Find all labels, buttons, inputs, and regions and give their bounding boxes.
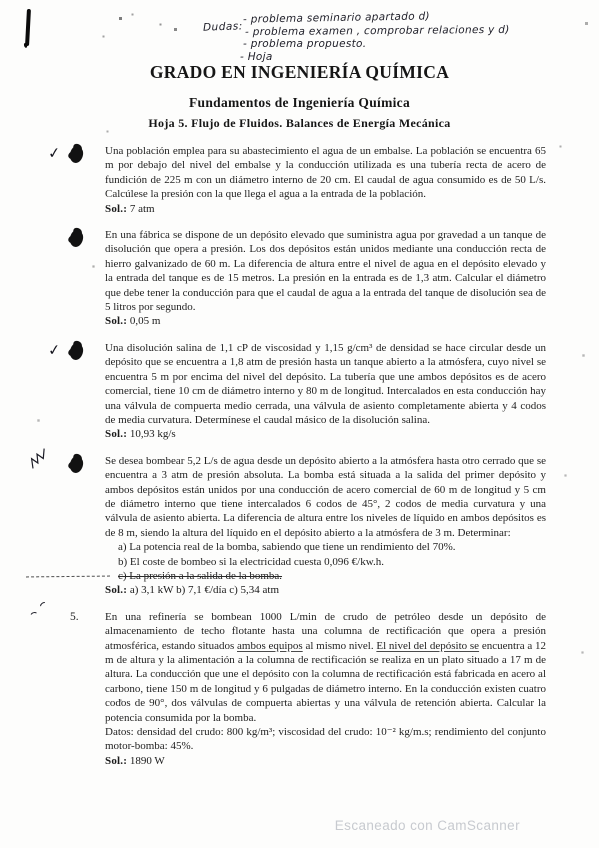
scribbled-number-icon [69,455,84,474]
margin-tick-icon [38,600,51,613]
solution-value: 0,05 m [127,315,160,327]
scribbled-number-icon [69,229,84,248]
problem: ✓Una población emplea para su abastecimi… [0,144,599,216]
solution-line: Sol.: a) 3,1 kW b) 7,1 €/día c) 5,34 atm [105,583,546,597]
problem-subitem: b) El coste de bombeo si la electricidad… [118,555,546,569]
problem-body: En una fábrica se dispone de un depósito… [105,228,546,329]
handwritten-note-label: Dudas: [203,20,243,34]
solution-line: Sol.: 10,93 kg/s [105,427,546,441]
solution-label: Sol.: [105,315,127,327]
problem-number: 5. [70,611,79,623]
page-subtitle: Fundamentos de Ingeniería Química [0,95,599,111]
scan-specks [0,0,1,1]
problem-text: En una fábrica se dispone de un depósito… [105,228,546,314]
problem: ✓Una disolución salina de 1,1 cP de visc… [0,341,599,442]
problem-subitem: c) La presión a la salida de la bomba. [118,569,546,583]
solution-label: Sol.: [105,428,127,440]
problem-marker-area: ✓ [0,341,105,442]
solution-value: 1890 W [127,755,165,767]
underlined-phrase: El nivel del depósito se [376,640,479,652]
problems: ✓Una población emplea para su abastecimi… [0,144,599,780]
solution-label: Sol.: [105,203,127,215]
problem-text: En una refinería se bombean 1000 L/min d… [105,610,546,725]
text-segment: al mismo nivel. [303,640,377,652]
problem-data-line: Datos: densidad del crudo: 800 kg/m³; vi… [105,725,546,754]
problem-subitem: a) La potencia real de la bomba, sabiend… [118,540,546,554]
solution-label: Sol.: [105,755,127,767]
solution-label: Sol.: [105,584,127,596]
solution-value: 7 atm [127,203,155,215]
scribbled-number-icon [69,342,84,361]
pen-stroke-mark [25,9,31,46]
subitem-text: a) La potencia real de la bomba, sabiend… [118,541,456,553]
solution-line: Sol.: 1890 W [105,754,546,768]
problem-text: Una disolución salina de 1,1 cP de visco… [105,341,546,427]
checkmark-icon: ✓ [47,340,61,359]
solution-line: Sol.: 7 atm [105,202,546,216]
handwritten-note-line: - problema examen , comprobar relaciones… [245,24,510,39]
sheet-title: Hoja 5. Flujo de Fluidos. Balances de En… [0,116,599,131]
page-title: GRADO EN INGENIERÍA QUÍMICA [0,62,599,83]
problem: En una fábrica se dispone de un depósito… [0,228,599,329]
problem-text: Se desea bombear 5,2 L/s de agua desde u… [105,454,546,540]
scribbled-number-icon [69,145,84,164]
margin-scribble-icon [24,444,57,476]
problem-body: Se desea bombear 5,2 L/s de agua desde u… [105,454,546,598]
problem-body: Una disolución salina de 1,1 cP de visco… [105,341,546,442]
problem-marker-area: 5. [0,610,105,768]
scanned-document-page: Dudas: - problema seminario apartado d) … [0,0,599,848]
checkmark-icon: ✓ [47,143,61,162]
problem: 5.En una refinería se bombean 1000 L/min… [0,610,599,768]
problem-text: Una población emplea para su abastecimie… [105,144,546,202]
handwritten-note-line: - problema propuesto. [243,38,366,51]
solution-line: Sol.: 0,05 m [105,314,546,328]
solution-value: a) 3,1 kW b) 7,1 €/día c) 5,34 atm [127,584,279,596]
problem-marker-area [0,228,105,329]
problem-body: Una población emplea para su abastecimie… [105,144,546,216]
problem: Se desea bombear 5,2 L/s de agua desde u… [0,454,599,598]
solution-value: 10,93 kg/s [127,428,176,440]
problem-marker-area: ✓ [0,144,105,216]
underlined-phrase: ambos equipos [237,640,303,652]
subitem-text: c) La presión a la salida de la bomba. [118,570,282,582]
problem-body: En una refinería se bombean 1000 L/min d… [105,610,546,768]
margin-tick-icon [29,611,40,622]
text-segment: encuentra a 12 m de altura y la alimenta… [105,640,546,724]
camscanner-watermark: Escaneado con CamScanner [335,818,520,833]
subitem-text: b) El coste de bombeo si la electricidad… [118,556,384,568]
